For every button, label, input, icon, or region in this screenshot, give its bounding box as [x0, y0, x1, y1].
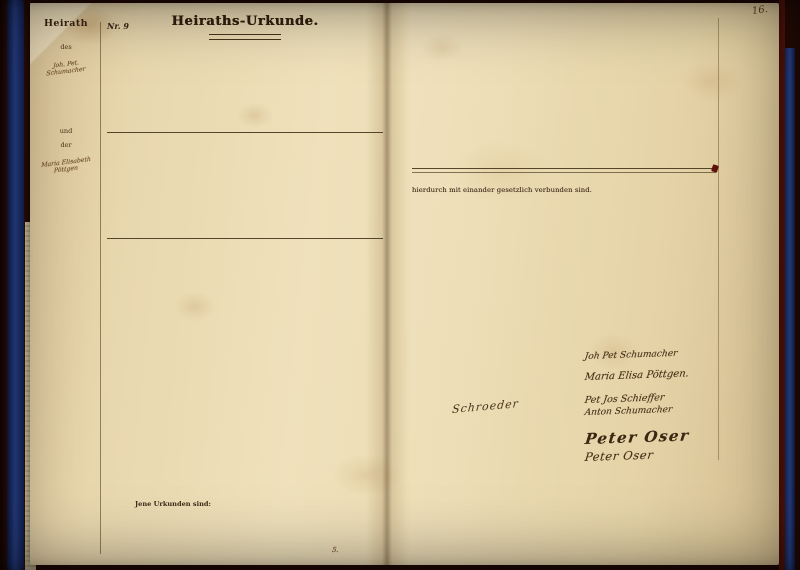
- left-page: Heirath des Joh. Pet. Schumacher und der…: [36, 8, 382, 562]
- separator-rule: [107, 132, 383, 133]
- signature: Peter Oser: [584, 445, 716, 464]
- margin-heading: Heirath: [36, 18, 96, 29]
- signature: Peter Oser: [584, 425, 717, 448]
- signature: Maria Elisa Pöttgen.: [584, 367, 716, 383]
- page-number: 16.: [751, 4, 768, 17]
- title-underline: [209, 34, 281, 40]
- margin-divider-rule: [100, 22, 101, 554]
- signature-column: Joh Pet Schumacher Maria Elisa Pöttgen. …: [584, 352, 714, 464]
- book-cover-blue-strip-right: [785, 48, 795, 570]
- margin-word-und: und: [36, 127, 96, 135]
- margin-annotation: Heirath des Joh. Pet. Schumacher und der…: [36, 18, 96, 175]
- signature: Joh Pet Schumacher: [584, 347, 716, 362]
- right-margin-rule: [718, 18, 719, 460]
- margin-groom-name: Joh. Pet. Schumacher: [36, 57, 96, 78]
- left-page-foot-mark: 5.: [331, 546, 339, 554]
- separator-rule: [107, 238, 383, 239]
- right-page: hierdurch mit einander gesetzlich verbun…: [412, 8, 716, 562]
- margin-bride-name: Maria Elisabeth Pöttgen: [36, 155, 96, 176]
- margin-word-der: der: [36, 141, 96, 149]
- documents-caption: Jene Urkunden sind:: [107, 500, 411, 508]
- declaration-rule: [412, 168, 716, 173]
- document-title: Heiraths-Urkunde.: [107, 14, 383, 29]
- official-signature: Schroeder: [452, 397, 520, 416]
- margin-word-des: des: [36, 43, 96, 51]
- married-statement: hierdurch mit einander gesetzlich verbun…: [412, 186, 592, 194]
- book-photo: Heirath des Joh. Pet. Schumacher und der…: [0, 0, 800, 570]
- signature: Anton Schumacher: [584, 403, 716, 418]
- book-cover-blue-strip: [7, 0, 24, 570]
